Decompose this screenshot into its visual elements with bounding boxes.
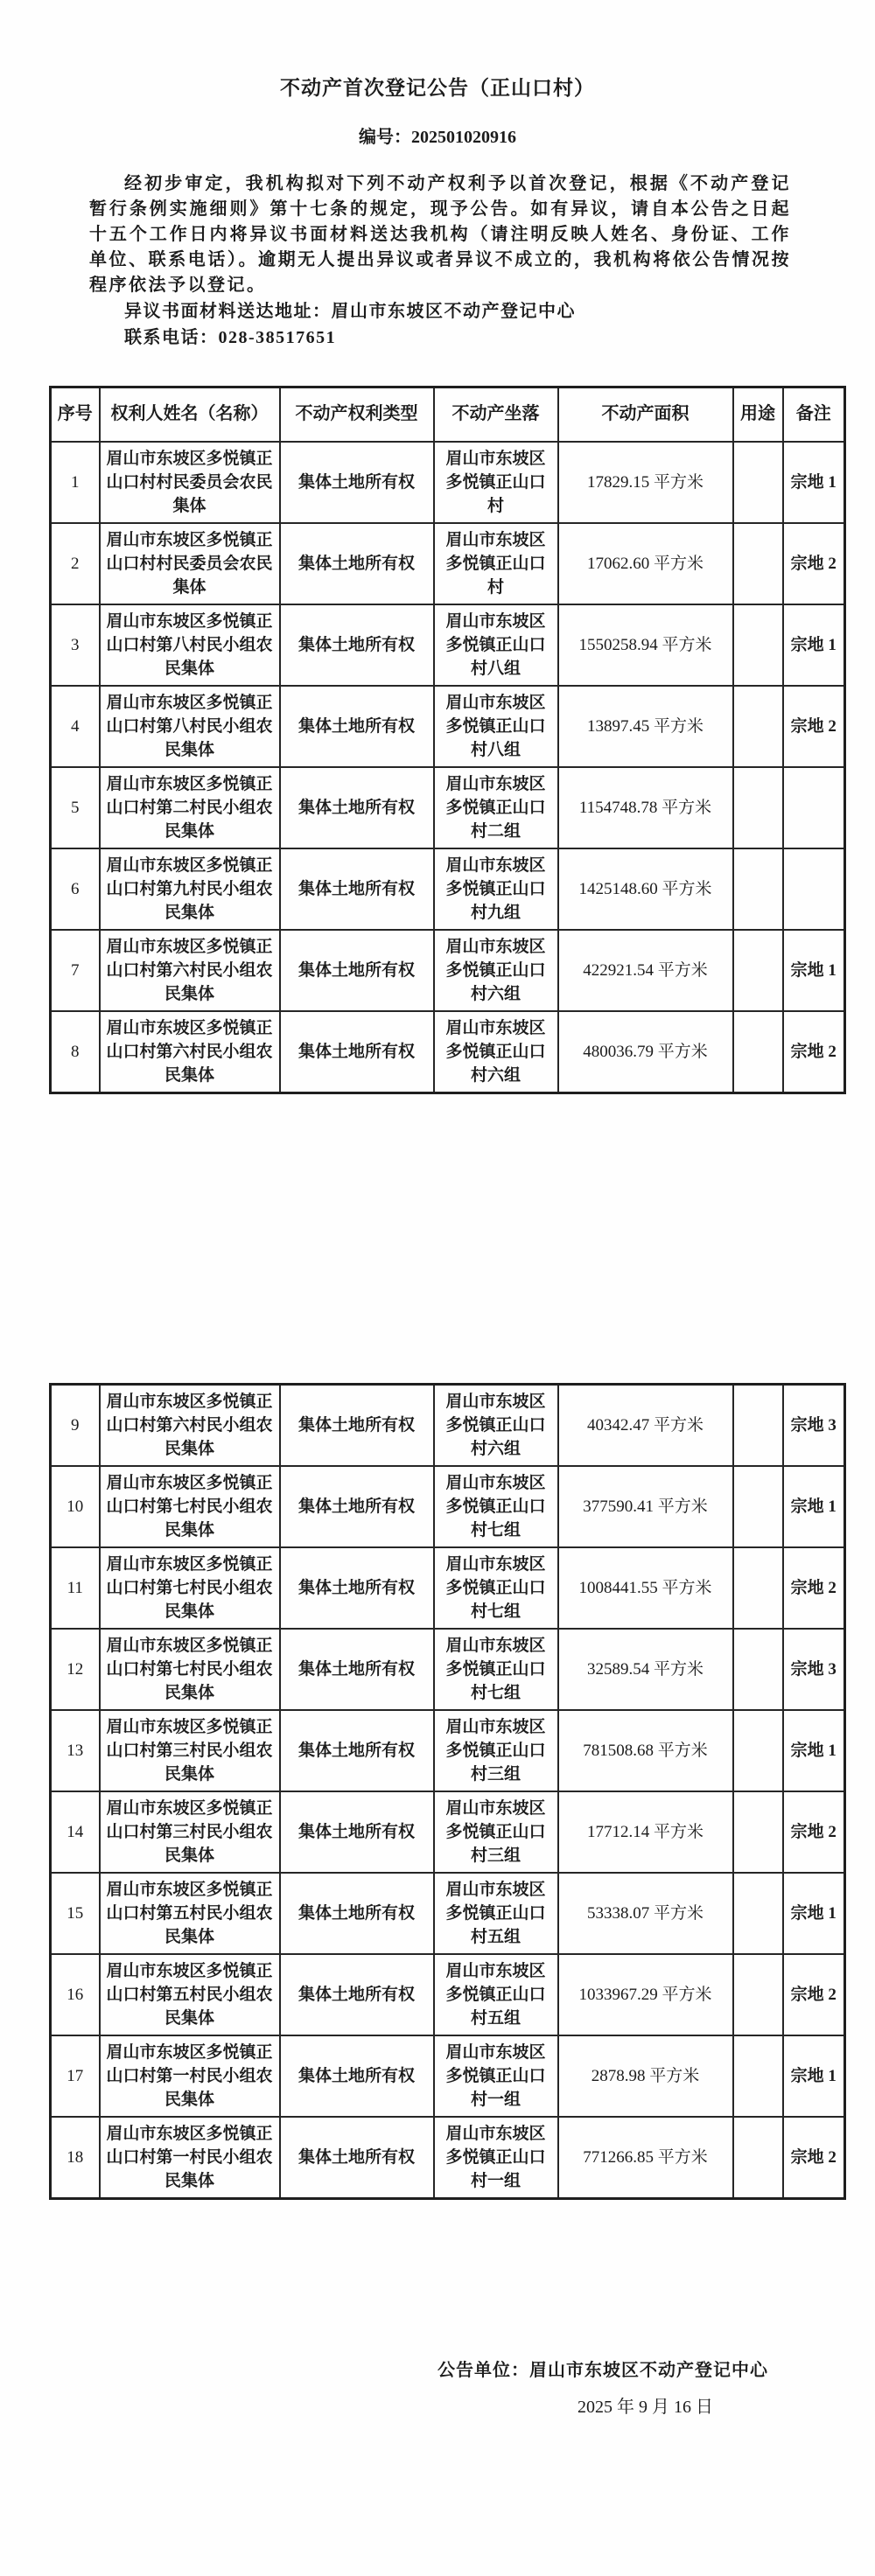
cell-seq: 8 [51,1011,100,1093]
cell-owner: 眉山市东坡区多悦镇正山口村第一村民小组农民集体 [100,2117,280,2199]
cell-seq: 9 [51,1384,100,1466]
cell-area: 377590.41 平方米 [558,1466,733,1547]
cell-area: 53338.07 平方米 [558,1873,733,1954]
cell-right-type: 集体土地所有权 [280,1011,434,1093]
cell-owner: 眉山市东坡区多悦镇正山口村村民委员会农民集体 [100,442,280,523]
page-title: 不动产首次登记公告（正山口村） [0,0,875,103]
cell-location: 眉山市东坡区多悦镇正山口村八组 [434,686,558,767]
cell-note: 宗地 1 [783,1466,845,1547]
header-usage: 用途 [733,387,783,442]
cell-seq: 14 [51,1791,100,1873]
cell-usage [733,930,783,1011]
notice-paragraph: 经初步审定，我机构拟对下列不动产权利予以首次登记，根据《不动产登记暂行条例实施细… [89,171,791,298]
cell-location: 眉山市东坡区多悦镇正山口村八组 [434,604,558,686]
cell-area: 1425148.60 平方米 [558,848,733,930]
issue-date: 2025 年 9 月 16 日 [577,2394,875,2420]
cell-right-type: 集体土地所有权 [280,2035,434,2117]
table-row: 11眉山市东坡区多悦镇正山口村第七村民小组农民集体集体土地所有权眉山市东坡区多悦… [51,1547,845,1629]
cell-note: 宗地 2 [783,2117,845,2199]
cell-seq: 1 [51,442,100,523]
table-row: 1眉山市东坡区多悦镇正山口村村民委员会农民集体集体土地所有权眉山市东坡区多悦镇正… [51,442,845,523]
cell-location: 眉山市东坡区多悦镇正山口村一组 [434,2117,558,2199]
cell-seq: 7 [51,930,100,1011]
cell-seq: 6 [51,848,100,930]
header-area: 不动产面积 [558,387,733,442]
cell-owner: 眉山市东坡区多悦镇正山口村第七村民小组农民集体 [100,1547,280,1629]
cell-note: 宗地 1 [783,2035,845,2117]
table-row: 4眉山市东坡区多悦镇正山口村第八村民小组农民集体集体土地所有权眉山市东坡区多悦镇… [51,686,845,767]
cell-right-type: 集体土地所有权 [280,442,434,523]
table-row: 5眉山市东坡区多悦镇正山口村第二村民小组农民集体集体土地所有权眉山市东坡区多悦镇… [51,767,845,848]
cell-area: 17829.15 平方米 [558,442,733,523]
cell-location: 眉山市东坡区多悦镇正山口村三组 [434,1791,558,1873]
cell-note: 宗地 1 [783,1710,845,1791]
cell-owner: 眉山市东坡区多悦镇正山口村第三村民小组农民集体 [100,1710,280,1791]
cell-usage [733,2035,783,2117]
table-row: 3眉山市东坡区多悦镇正山口村第八村民小组农民集体集体土地所有权眉山市东坡区多悦镇… [51,604,845,686]
registration-table-page-2: 9眉山市东坡区多悦镇正山口村第六村民小组农民集体集体土地所有权眉山市东坡区多悦镇… [49,1383,846,2200]
cell-right-type: 集体土地所有权 [280,1873,434,1954]
header-location: 不动产坐落 [434,387,558,442]
objection-address-line: 异议书面材料送达地址：眉山市东坡区不动产登记中心 [89,298,791,325]
cell-location: 眉山市东坡区多悦镇正山口村九组 [434,848,558,930]
cell-note: 宗地 1 [783,604,845,686]
table-row: 14眉山市东坡区多悦镇正山口村第三村民小组农民集体集体土地所有权眉山市东坡区多悦… [51,1791,845,1873]
cell-location: 眉山市东坡区多悦镇正山口村五组 [434,1954,558,2035]
cell-owner: 眉山市东坡区多悦镇正山口村第六村民小组农民集体 [100,1011,280,1093]
cell-usage [733,1547,783,1629]
cell-area: 781508.68 平方米 [558,1710,733,1791]
cell-location: 眉山市东坡区多悦镇正山口村七组 [434,1629,558,1710]
cell-location: 眉山市东坡区多悦镇正山口村 [434,442,558,523]
header-owner: 权利人姓名（名称） [100,387,280,442]
announcement-document: 不动产首次登记公告（正山口村） 编号：202501020916 经初步审定，我机… [0,0,875,2576]
cell-note [783,767,845,848]
table-row: 18眉山市东坡区多悦镇正山口村第一村民小组农民集体集体土地所有权眉山市东坡区多悦… [51,2117,845,2199]
cell-usage [733,523,783,604]
header-type: 不动产权利类型 [280,387,434,442]
table-row: 16眉山市东坡区多悦镇正山口村第五村民小组农民集体集体土地所有权眉山市东坡区多悦… [51,1954,845,2035]
cell-note: 宗地 2 [783,523,845,604]
cell-owner: 眉山市东坡区多悦镇正山口村村民委员会农民集体 [100,523,280,604]
cell-location: 眉山市东坡区多悦镇正山口村 [434,523,558,604]
issuing-unit-line: 公告单位：眉山市东坡区不动产登记中心 [437,2357,875,2384]
cell-seq: 2 [51,523,100,604]
cell-seq: 18 [51,2117,100,2199]
cell-area: 771266.85 平方米 [558,2117,733,2199]
cell-usage [733,1466,783,1547]
cell-owner: 眉山市东坡区多悦镇正山口村第九村民小组农民集体 [100,848,280,930]
cell-seq: 16 [51,1954,100,2035]
cell-right-type: 集体土地所有权 [280,1954,434,2035]
cell-area: 1033967.29 平方米 [558,1954,733,2035]
cell-owner: 眉山市东坡区多悦镇正山口村第二村民小组农民集体 [100,767,280,848]
cell-area: 1154748.78 平方米 [558,767,733,848]
cell-right-type: 集体土地所有权 [280,1547,434,1629]
cell-owner: 眉山市东坡区多悦镇正山口村第三村民小组农民集体 [100,1791,280,1873]
cell-right-type: 集体土地所有权 [280,2117,434,2199]
cell-location: 眉山市东坡区多悦镇正山口村六组 [434,1011,558,1093]
cell-seq: 17 [51,2035,100,2117]
cell-location: 眉山市东坡区多悦镇正山口村七组 [434,1547,558,1629]
cell-usage [733,686,783,767]
cell-owner: 眉山市东坡区多悦镇正山口村第七村民小组农民集体 [100,1629,280,1710]
cell-seq: 11 [51,1547,100,1629]
cell-owner: 眉山市东坡区多悦镇正山口村第六村民小组农民集体 [100,1384,280,1466]
cell-usage [733,1791,783,1873]
cell-owner: 眉山市东坡区多悦镇正山口村第八村民小组农民集体 [100,686,280,767]
cell-right-type: 集体土地所有权 [280,1710,434,1791]
cell-owner: 眉山市东坡区多悦镇正山口村第一村民小组农民集体 [100,2035,280,2117]
cell-owner: 眉山市东坡区多悦镇正山口村第七村民小组农民集体 [100,1466,280,1547]
cell-right-type: 集体土地所有权 [280,1629,434,1710]
cell-owner: 眉山市东坡区多悦镇正山口村第五村民小组农民集体 [100,1873,280,1954]
cell-right-type: 集体土地所有权 [280,686,434,767]
cell-location: 眉山市东坡区多悦镇正山口村三组 [434,1710,558,1791]
cell-note: 宗地 2 [783,686,845,767]
cell-right-type: 集体土地所有权 [280,523,434,604]
cell-seq: 4 [51,686,100,767]
cell-location: 眉山市东坡区多悦镇正山口村五组 [434,1873,558,1954]
table-row: 7眉山市东坡区多悦镇正山口村第六村民小组农民集体集体土地所有权眉山市东坡区多悦镇… [51,930,845,1011]
table-row: 17眉山市东坡区多悦镇正山口村第一村民小组农民集体集体土地所有权眉山市东坡区多悦… [51,2035,845,2117]
cell-area: 1008441.55 平方米 [558,1547,733,1629]
cell-note [783,848,845,930]
cell-note: 宗地 2 [783,1791,845,1873]
cell-note: 宗地 2 [783,1547,845,1629]
cell-note: 宗地 1 [783,442,845,523]
cell-area: 17712.14 平方米 [558,1791,733,1873]
cell-location: 眉山市东坡区多悦镇正山口村二组 [434,767,558,848]
cell-location: 眉山市东坡区多悦镇正山口村一组 [434,2035,558,2117]
cell-area: 17062.60 平方米 [558,523,733,604]
cell-usage [733,1011,783,1093]
cell-seq: 15 [51,1873,100,1954]
cell-usage [733,1710,783,1791]
cell-note: 宗地 1 [783,1873,845,1954]
cell-note: 宗地 3 [783,1629,845,1710]
cell-usage [733,1954,783,2035]
cell-area: 422921.54 平方米 [558,930,733,1011]
cell-note: 宗地 1 [783,930,845,1011]
document-number: 编号：202501020916 [0,124,875,150]
header-seq: 序号 [51,387,100,442]
cell-seq: 5 [51,767,100,848]
registration-table-page-1: 序号 权利人姓名（名称） 不动产权利类型 不动产坐落 不动产面积 用途 备注 1… [49,386,846,1094]
cell-usage [733,767,783,848]
cell-area: 32589.54 平方米 [558,1629,733,1710]
cell-right-type: 集体土地所有权 [280,1791,434,1873]
cell-right-type: 集体土地所有权 [280,604,434,686]
cell-usage [733,442,783,523]
cell-usage [733,848,783,930]
cell-note: 宗地 2 [783,1011,845,1093]
cell-location: 眉山市东坡区多悦镇正山口村七组 [434,1466,558,1547]
cell-note: 宗地 3 [783,1384,845,1466]
header-note: 备注 [783,387,845,442]
table-row: 13眉山市东坡区多悦镇正山口村第三村民小组农民集体集体土地所有权眉山市东坡区多悦… [51,1710,845,1791]
cell-right-type: 集体土地所有权 [280,848,434,930]
cell-right-type: 集体土地所有权 [280,1384,434,1466]
cell-area: 480036.79 平方米 [558,1011,733,1093]
table-row: 2眉山市东坡区多悦镇正山口村村民委员会农民集体集体土地所有权眉山市东坡区多悦镇正… [51,523,845,604]
cell-seq: 10 [51,1466,100,1547]
cell-owner: 眉山市东坡区多悦镇正山口村第六村民小组农民集体 [100,930,280,1011]
cell-owner: 眉山市东坡区多悦镇正山口村第五村民小组农民集体 [100,1954,280,2035]
cell-right-type: 集体土地所有权 [280,930,434,1011]
table-row: 9眉山市东坡区多悦镇正山口村第六村民小组农民集体集体土地所有权眉山市东坡区多悦镇… [51,1384,845,1466]
cell-location: 眉山市东坡区多悦镇正山口村六组 [434,930,558,1011]
cell-seq: 12 [51,1629,100,1710]
table-row: 15眉山市东坡区多悦镇正山口村第五村民小组农民集体集体土地所有权眉山市东坡区多悦… [51,1873,845,1954]
cell-seq: 13 [51,1710,100,1791]
cell-usage [733,1873,783,1954]
table-row: 10眉山市东坡区多悦镇正山口村第七村民小组农民集体集体土地所有权眉山市东坡区多悦… [51,1466,845,1547]
table-row: 8眉山市东坡区多悦镇正山口村第六村民小组农民集体集体土地所有权眉山市东坡区多悦镇… [51,1011,845,1093]
cell-area: 2878.98 平方米 [558,2035,733,2117]
cell-area: 40342.47 平方米 [558,1384,733,1466]
table-header-row: 序号 权利人姓名（名称） 不动产权利类型 不动产坐落 不动产面积 用途 备注 [51,387,845,442]
cell-seq: 3 [51,604,100,686]
cell-location: 眉山市东坡区多悦镇正山口村六组 [434,1384,558,1466]
cell-note: 宗地 2 [783,1954,845,2035]
cell-right-type: 集体土地所有权 [280,1466,434,1547]
contact-phone-line: 联系电话：028-38517651 [89,325,791,351]
cell-usage [733,2117,783,2199]
cell-owner: 眉山市东坡区多悦镇正山口村第八村民小组农民集体 [100,604,280,686]
cell-area: 1550258.94 平方米 [558,604,733,686]
cell-usage [733,604,783,686]
cell-area: 13897.45 平方米 [558,686,733,767]
table-row: 12眉山市东坡区多悦镇正山口村第七村民小组农民集体集体土地所有权眉山市东坡区多悦… [51,1629,845,1710]
cell-usage [733,1384,783,1466]
cell-usage [733,1629,783,1710]
cell-right-type: 集体土地所有权 [280,767,434,848]
table-row: 6眉山市东坡区多悦镇正山口村第九村民小组农民集体集体土地所有权眉山市东坡区多悦镇… [51,848,845,930]
